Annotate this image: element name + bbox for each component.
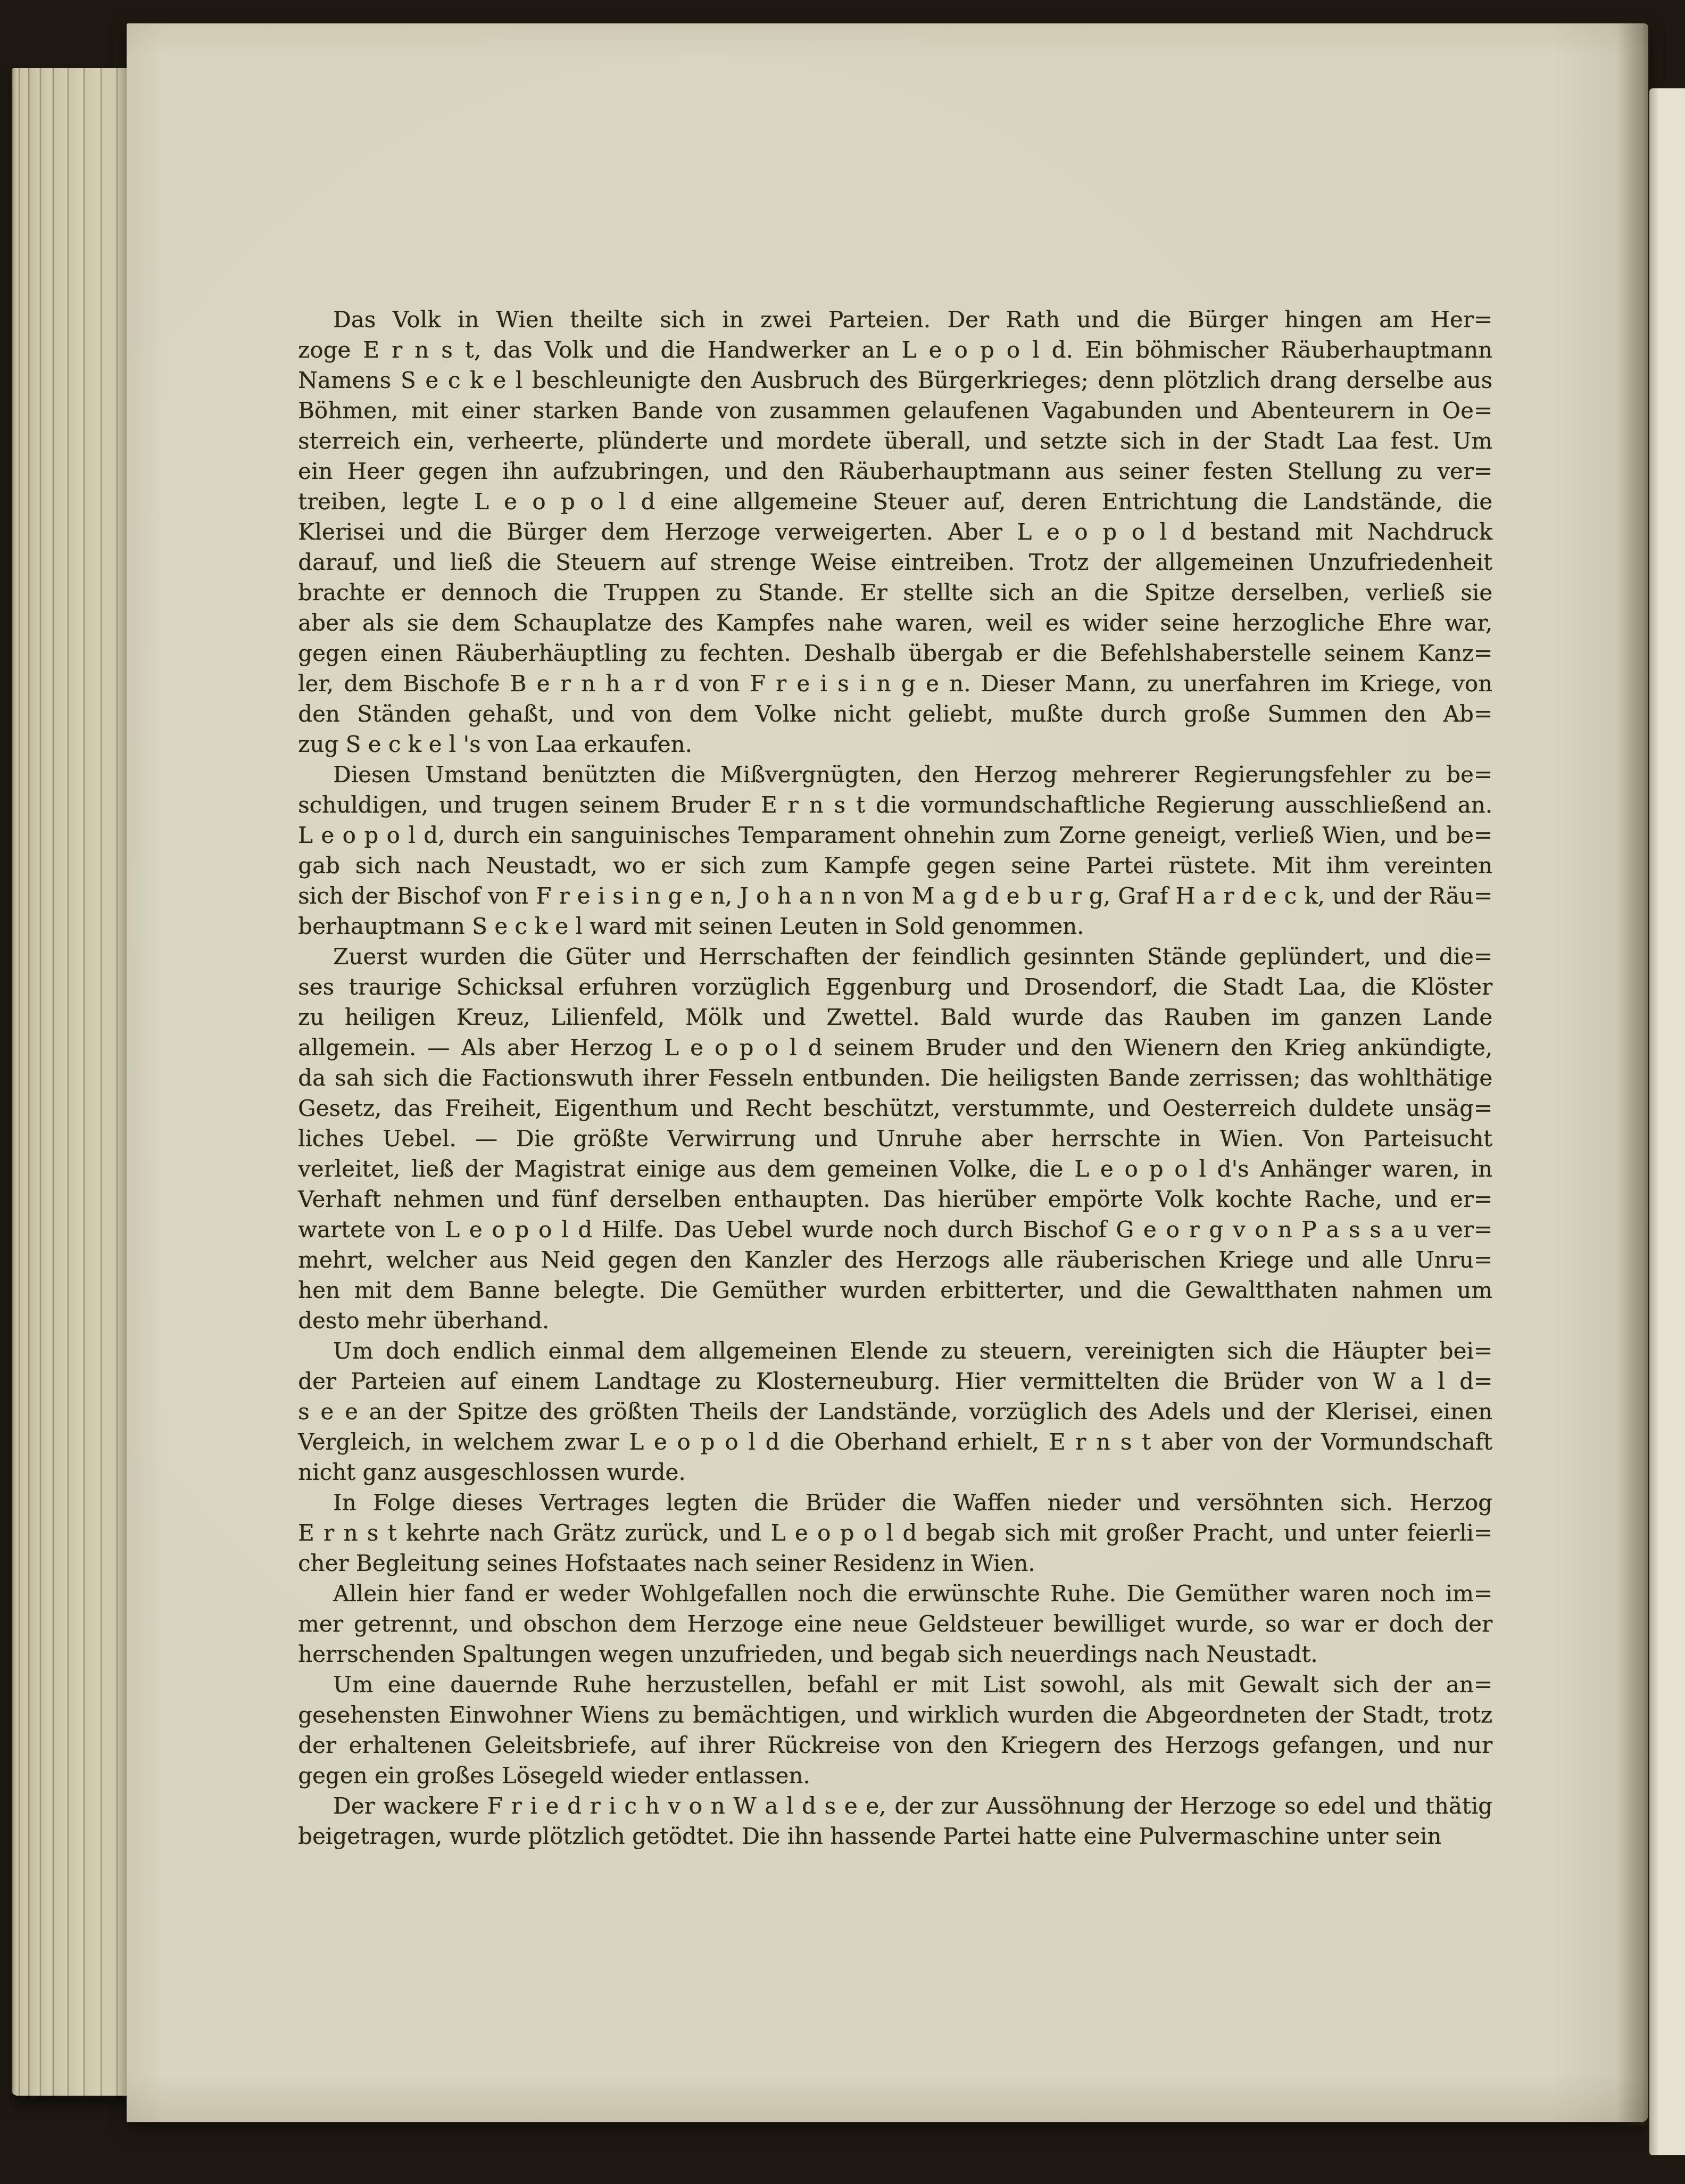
text-line: berhauptmann S e c k e l ward mit seinen… [298,911,1492,941]
text-line: cher Begleitung seines Hofstaates nach s… [298,1548,1492,1578]
text-line: sich der Bischof von F r e i s i n g e n… [298,881,1492,911]
text-line: hen mit dem Banne belegte. Die Gemüther … [298,1275,1492,1305]
text-line: den Ständen gehaßt, und von dem Volke ni… [298,699,1492,729]
text-line: Das Volk in Wien theilte sich in zwei Pa… [298,304,1492,335]
text-line: gesehensten Einwohner Wiens zu bemächtig… [298,1700,1492,1730]
text-line: brachte er dennoch die Truppen zu Stande… [298,577,1492,608]
text-line: der erhaltenen Geleitsbriefe, auf ihrer … [298,1730,1492,1760]
text-line: nicht ganz ausgeschlossen wurde. [298,1457,1492,1487]
text-line: Vergleich, in welchem zwar L e o p o l d… [298,1427,1492,1457]
text-line: herrschenden Spaltungen wegen unzufriede… [298,1639,1492,1669]
text-line: sterreich ein, verheerte, plünderte und … [298,426,1492,456]
text-line: L e o p o l d, durch ein sanguinisches T… [298,820,1492,850]
book-page: Das Volk in Wien theilte sich in zwei Pa… [127,23,1648,2122]
adjacent-page-edge [1649,88,1685,2155]
text-line: s e e an der Spitze des größten Theils d… [298,1396,1492,1427]
text-line: Um eine dauernde Ruhe herzustellen, befa… [298,1669,1492,1700]
text-line: schuldigen, und trugen seinem Bruder E r… [298,790,1492,820]
text-line: Allein hier fand er weder Wohlgefallen n… [298,1578,1492,1609]
text-line: ses traurige Schicksal erfuhren vorzügli… [298,972,1492,1002]
text-line: gegen ein großes Lösegeld wieder entlass… [298,1760,1492,1791]
text-line: Klerisei und die Bürger dem Herzoge verw… [298,517,1492,547]
text-line: desto mehr überhand. [298,1305,1492,1336]
text-line: zu heiligen Kreuz, Lilienfeld, Mölk und … [298,1002,1492,1032]
text-line: In Folge dieses Vertrages legten die Brü… [298,1487,1492,1518]
text-line: darauf, und ließ die Steuern auf strenge… [298,547,1492,577]
text-line: mer getrennt, und obschon dem Herzoge ei… [298,1609,1492,1639]
text-line: ler, dem Bischofe B e r n h a r d von F … [298,668,1492,699]
text-line: E r n s t kehrte nach Grätz zurück, und … [298,1518,1492,1548]
text-line: Um doch endlich einmal dem allgemeinen E… [298,1336,1492,1366]
text-line: der Parteien auf einem Landtage zu Klost… [298,1366,1492,1396]
text-line: wartete von L e o p o l d Hilfe. Das Ueb… [298,1214,1492,1245]
text-line: allgemein. — Als aber Herzog L e o p o l… [298,1032,1492,1063]
text-line: Zuerst wurden die Güter und Herrschaften… [298,941,1492,972]
text-line: beigetragen, wurde plötzlich getödtet. D… [298,1821,1492,1851]
text-line: Gesetz, das Freiheit, Eigenthum und Rech… [298,1093,1492,1123]
text-line: liches Uebel. — Die größte Verwirrung un… [298,1123,1492,1154]
text-line: gegen einen Räuberhäuptling zu fechten. … [298,638,1492,668]
text-line: aber als sie dem Schauplatze des Kampfes… [298,608,1492,638]
text-line: zoge E r n s t, das Volk und die Handwer… [298,335,1492,365]
text-line: mehrt, welcher aus Neid gegen den Kanzle… [298,1245,1492,1275]
text-line: Verhaft nehmen und fünf derselben enthau… [298,1184,1492,1214]
text-line: Böhmen, mit einer starken Bande von zusa… [298,395,1492,426]
text-line: Diesen Umstand benützten die Mißvergnügt… [298,759,1492,790]
text-line: verleitet, ließ der Magistrat einige aus… [298,1154,1492,1184]
page-text-block: Das Volk in Wien theilte sich in zwei Pa… [298,304,1492,1851]
book-photo: Das Volk in Wien theilte sich in zwei Pa… [0,0,1685,2184]
text-line: Der wackere F r i e d r i c h v o n W a … [298,1791,1492,1821]
text-line: da sah sich die Factionswuth ihrer Fesse… [298,1063,1492,1093]
text-line: treiben, legte L e o p o l d eine allgem… [298,486,1492,517]
text-line: Namens S e c k e l beschleunigte den Aus… [298,365,1492,395]
page-edge-stack [12,68,129,2096]
text-line: gab sich nach Neustadt, wo er sich zum K… [298,850,1492,881]
text-line: zug S e c k e l 's von Laa erkaufen. [298,729,1492,759]
text-line: ein Heer gegen ihn aufzubringen, und den… [298,456,1492,486]
